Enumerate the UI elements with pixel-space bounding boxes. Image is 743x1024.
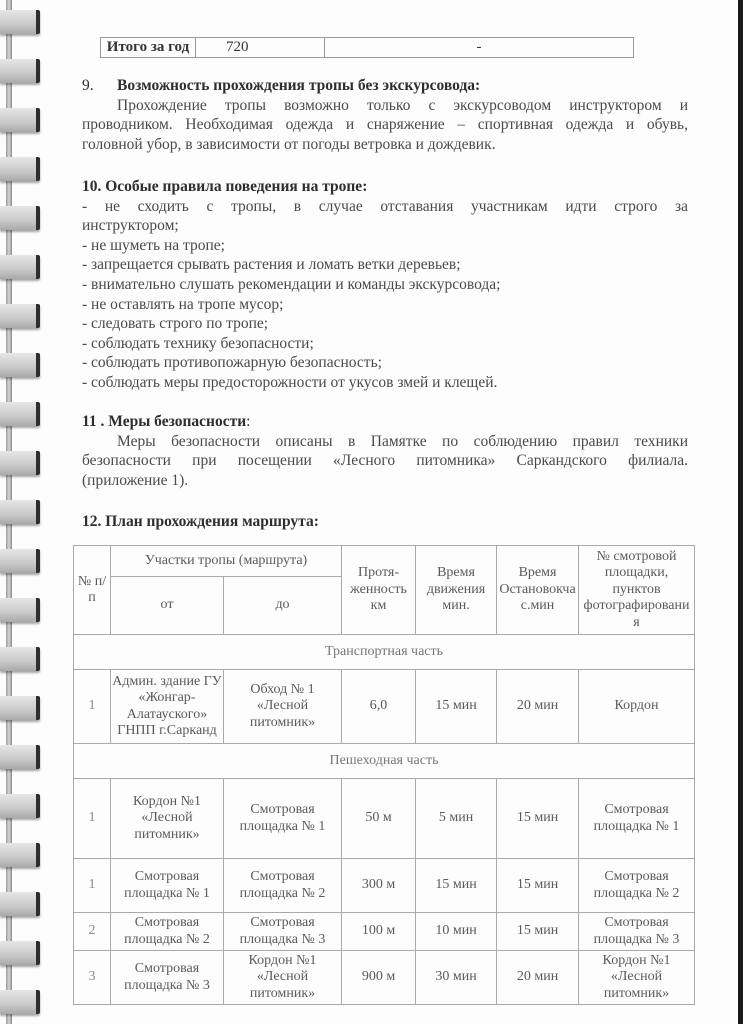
cell-point: Смотровая площадка № 2 bbox=[579, 859, 695, 913]
total-value: 720 bbox=[196, 38, 325, 58]
cell-length: 900 м bbox=[342, 951, 416, 1005]
cell-move: 5 мин bbox=[416, 779, 497, 859]
binding-loop bbox=[0, 745, 40, 769]
section-9: 9.Возможность прохождения тропы без экск… bbox=[82, 76, 688, 154]
header-move-time: Время движения мин. bbox=[416, 546, 497, 635]
section-11-heading: 11 . Меры безопасности: bbox=[82, 412, 688, 432]
binding-loop bbox=[0, 353, 40, 377]
table-row: 1Смотровая площадка № 1Смотровая площадк… bbox=[74, 859, 695, 913]
header-length: Протя-женность км bbox=[342, 546, 416, 635]
binding-loop bbox=[0, 843, 40, 867]
cell-move: 15 мин bbox=[416, 670, 497, 744]
section-row: Транспортная часть bbox=[74, 635, 695, 670]
cell-stop: 15 мин bbox=[497, 859, 579, 913]
cell-from: Смотровая площадка № 1 bbox=[111, 859, 224, 913]
section-title: Возможность прохождения тропы без экскур… bbox=[117, 77, 480, 94]
total-note: - bbox=[325, 38, 634, 58]
binding-loop bbox=[0, 59, 40, 83]
binding-loop bbox=[0, 647, 40, 671]
cell-to: Смотровая площадка № 2 bbox=[224, 859, 342, 913]
rules-list: - не шуметь на тропе;- запрещается срыва… bbox=[82, 236, 688, 393]
cell-from: Админ. здание ГУ «Жонгар-Алатауского» ГН… bbox=[111, 670, 224, 744]
section-title: 11 . Меры безопасности bbox=[82, 413, 246, 430]
spiral-binding bbox=[0, 0, 45, 1024]
rule-item: - соблюдать технику безопасности; bbox=[82, 334, 688, 354]
paragraph-line: (приложение 1). bbox=[82, 471, 688, 491]
section-row: Пешеходная часть bbox=[74, 744, 695, 779]
cell-point: Смотровая площадка № 1 bbox=[579, 779, 695, 859]
cell-length: 6,0 bbox=[342, 670, 416, 744]
route-plan-body: Транспортная часть1Админ. здание ГУ «Жон… bbox=[74, 635, 695, 1005]
cell-stop: 20 мин bbox=[497, 670, 579, 744]
binding-loop bbox=[0, 157, 40, 181]
rule-item: - соблюдать меры предосторожности от уку… bbox=[82, 373, 688, 393]
binding-loop bbox=[0, 304, 40, 328]
cell-num: 2 bbox=[74, 913, 111, 951]
binding-loop bbox=[0, 549, 40, 573]
section-number: 9. bbox=[82, 76, 117, 96]
section-title-suffix: : bbox=[246, 413, 250, 430]
cell-to: Смотровая площадка № 1 bbox=[224, 779, 342, 859]
binding-loop bbox=[0, 941, 40, 965]
paragraph-line: проводником. Необходимая одежда и снаряж… bbox=[82, 115, 688, 135]
rule-item: - не шуметь на тропе; bbox=[82, 236, 688, 256]
cell-num: 3 bbox=[74, 951, 111, 1005]
cell-length: 50 м bbox=[342, 779, 416, 859]
table-row: 3Смотровая площадка № 3Кордон №1 «Лесной… bbox=[74, 951, 695, 1005]
rule-item: - внимательно слушать рекомендации и ком… bbox=[82, 275, 688, 295]
cell-length: 100 м bbox=[342, 913, 416, 951]
cell-num: 1 bbox=[74, 779, 111, 859]
section-12-heading: 12. План прохождения маршрута: bbox=[82, 512, 688, 532]
cell-to: Обход № 1 «Лесной питомник» bbox=[224, 670, 342, 744]
cell-move: 30 мин bbox=[416, 951, 497, 1005]
binding-loop bbox=[0, 451, 40, 475]
binding-loop bbox=[0, 990, 40, 1014]
paragraph-line: безопасности при посещении «Лесного пито… bbox=[82, 451, 688, 471]
cell-point: Кордон bbox=[579, 670, 695, 744]
rule-item: - следовать строго по тропе; bbox=[82, 314, 688, 334]
yearly-total-table: Итого за год 720 - bbox=[100, 37, 634, 58]
cell-stop: 15 мин bbox=[497, 779, 579, 859]
cell-point: Кордон №1 «Лесной питомник» bbox=[579, 951, 695, 1005]
section-name: Пешеходная часть bbox=[74, 744, 695, 779]
binding-loop bbox=[0, 402, 40, 426]
cell-stop: 20 мин bbox=[497, 951, 579, 1005]
cell-num: 1 bbox=[74, 670, 111, 744]
binding-loop bbox=[0, 206, 40, 230]
section-11: 11 . Меры безопасности: Меры безопасност… bbox=[82, 412, 688, 490]
page-edge-shadow bbox=[738, 0, 743, 1024]
cell-from: Кордон №1 «Лесной питомник» bbox=[111, 779, 224, 859]
header-to: до bbox=[224, 577, 342, 635]
table-row: 2Смотровая площадка № 2Смотровая площадк… bbox=[74, 913, 695, 951]
cell-to: Кордон №1 «Лесной питомник» bbox=[224, 951, 342, 1005]
table-header-row: № п/п Участки тропы (маршрута) Протя-жен… bbox=[74, 546, 695, 577]
cell-move: 15 мин bbox=[416, 859, 497, 913]
rule-item: - не сходить с тропы, в случае отставани… bbox=[82, 197, 688, 217]
cell-num: 1 bbox=[74, 859, 111, 913]
binding-loop bbox=[0, 255, 40, 279]
section-name: Транспортная часть bbox=[74, 635, 695, 670]
binding-loop bbox=[0, 794, 40, 818]
rule-item: - запрещается срывать растения и ломать … bbox=[82, 255, 688, 275]
table-row: 1Админ. здание ГУ «Жонгар-Алатауского» Г… bbox=[74, 670, 695, 744]
header-viewpoint: № смотровой площадки, пунктов фотографир… bbox=[579, 546, 695, 635]
cell-from: Смотровая площадка № 2 bbox=[111, 913, 224, 951]
binding-loop bbox=[0, 892, 40, 916]
paragraph-line: Меры безопасности описаны в Памятке по с… bbox=[82, 432, 688, 452]
header-sections: Участки тропы (маршрута) bbox=[111, 546, 342, 577]
section-10-heading: 10. Особые правила поведения на тропе: bbox=[82, 177, 688, 197]
binding-loop bbox=[0, 598, 40, 622]
rule-item: - не оставлять на тропе мусор; bbox=[82, 295, 688, 315]
binding-loop bbox=[0, 500, 40, 524]
header-num: № п/п bbox=[74, 546, 111, 635]
section-9-heading: 9.Возможность прохождения тропы без экск… bbox=[82, 76, 688, 96]
cell-from: Смотровая площадка № 3 bbox=[111, 951, 224, 1005]
section-12: 12. План прохождения маршрута: bbox=[82, 512, 688, 532]
header-from: от bbox=[111, 577, 224, 635]
paragraph-line: Прохождение тропы возможно только с экск… bbox=[82, 96, 688, 116]
cell-point: Смотровая площадка № 3 bbox=[579, 913, 695, 951]
section-10: 10. Особые правила поведения на тропе: -… bbox=[82, 177, 688, 393]
rule-item-cont: инструктором; bbox=[82, 216, 688, 236]
cell-to: Смотровая площадка № 3 bbox=[224, 913, 342, 951]
route-plan-table: № п/п Участки тропы (маршрута) Протя-жен… bbox=[73, 545, 695, 1005]
table-row: Итого за год 720 - bbox=[101, 38, 634, 58]
binding-loop bbox=[0, 10, 40, 34]
cell-length: 300 м bbox=[342, 859, 416, 913]
rule-item: - соблюдать противопожарную безопасность… bbox=[82, 353, 688, 373]
binding-loop bbox=[0, 696, 40, 720]
binding-loop bbox=[0, 108, 40, 132]
header-stop-time: Время Остановокча с.мин bbox=[497, 546, 579, 635]
paragraph-line: головной убор, в зависимости от погоды в… bbox=[82, 135, 688, 155]
cell-stop: 15 мин bbox=[497, 913, 579, 951]
table-row: 1Кордон №1 «Лесной питомник»Смотровая пл… bbox=[74, 779, 695, 859]
cell-move: 10 мин bbox=[416, 913, 497, 951]
total-label: Итого за год bbox=[101, 38, 196, 58]
